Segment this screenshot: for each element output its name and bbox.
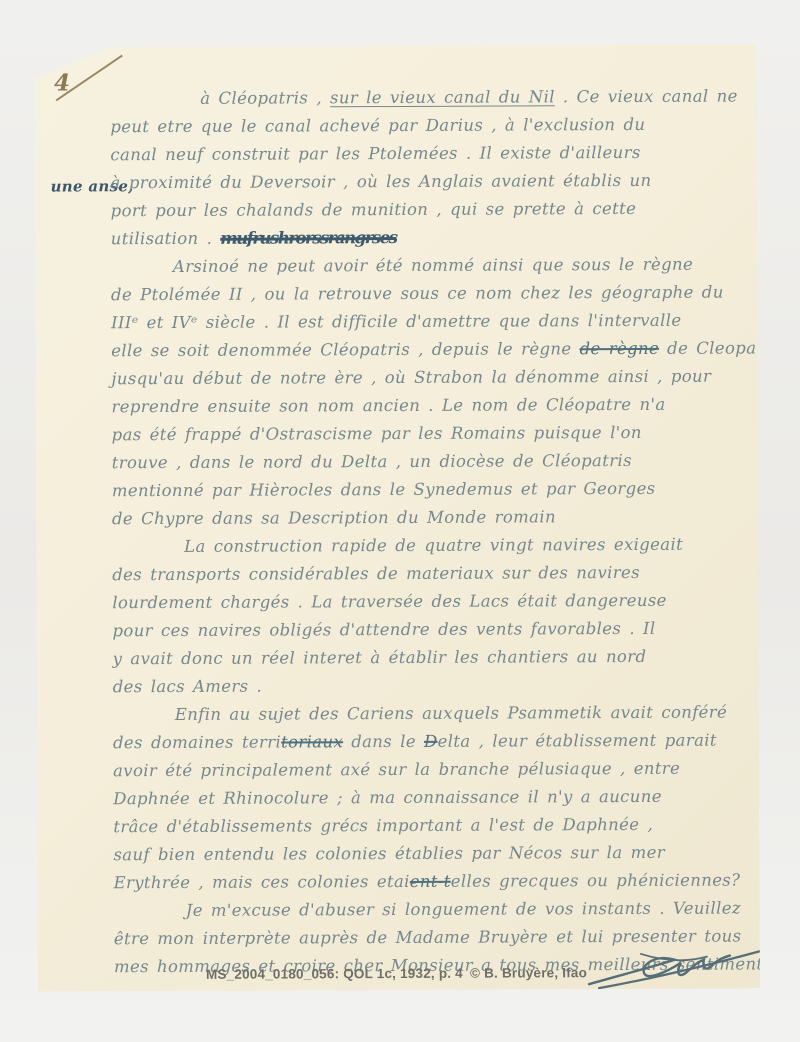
scribbled-out-word: mufrushrorssrangrses (220, 228, 396, 248)
text-segment: pas été frappé d'Ostrascisme par les Rom… (112, 423, 642, 444)
handwritten-line: y avait donc un réel interet à établir l… (113, 642, 745, 673)
text-segment: IIIᵉ et IVᵉ siècle . Il est difficile d'… (111, 311, 681, 332)
text-segment: Erythrée , mais ces colonies etai (114, 872, 410, 892)
text-segment: avoir été principalement axé sur la bran… (113, 759, 680, 780)
handwritten-line: Je m'excuse d'abuser si longuement de vo… (114, 894, 746, 925)
copyright-label: © B. Bruyère, Ifao (470, 965, 587, 981)
text-segment: de Cleopatre (659, 338, 782, 358)
text-segment: des lacs Amers . (113, 677, 262, 697)
handwritten-line: trâce d'établissements grécs important a… (113, 810, 745, 841)
handwritten-line: reprendre ensuite son nom ancien . Le no… (111, 390, 743, 421)
handwritten-line: La construction rapide de quatre vingt n… (112, 530, 744, 561)
handwritten-line: de Ptolémée II , ou la retrouve sous ce … (111, 278, 743, 309)
text-segment: Daphnée et Rhinocolure ; à ma connaissan… (113, 787, 662, 808)
handwritten-line: pour ces navires obligés d'attendre des … (112, 614, 744, 645)
handwritten-line: Enfin au sujet des Cariens auxquels Psam… (113, 698, 745, 729)
handwritten-line: trouve , dans le nord du Delta , un dioc… (112, 446, 744, 477)
handwritten-text-block: à Cléopatris , sur le vieux canal du Nil… (110, 82, 746, 981)
handwritten-line: pas été frappé d'Ostrascisme par les Rom… (112, 418, 744, 449)
handwritten-line: des domaines territoriaux dans le Delta … (113, 726, 745, 757)
text-segment: lourdement chargés . La traversée des La… (112, 591, 666, 612)
text-segment: de Ptolémée II , ou la retrouve sous ce … (111, 283, 724, 305)
handwritten-line: utilisation . mufrushrorssrangrses (111, 222, 743, 253)
handwritten-line: des transports considérables de materiau… (112, 558, 744, 589)
text-segment: pour ces navires obligés d'attendre des … (112, 619, 655, 640)
text-segment: Arsinoé ne peut avoir été nommé ainsi qu… (173, 255, 693, 276)
handwritten-line: Arsinoé ne peut avoir été nommé ainsi qu… (111, 250, 743, 281)
text-segment: trâce d'établissements grécs important a… (113, 815, 653, 836)
handwritten-line: des lacs Amers . (113, 670, 745, 701)
text-segment: dans le (343, 732, 424, 751)
text-segment: sauf bien entendu les colonies établies … (113, 843, 665, 864)
text-segment: canal neuf construit par les Ptolemées .… (110, 143, 640, 164)
handwritten-line: sauf bien entendu les colonies établies … (113, 838, 745, 869)
text-segment: de Chypre dans sa Description du Monde r… (112, 507, 556, 528)
text-segment: utilisation . (111, 229, 221, 248)
text-segment: . Ce vieux canal ne (555, 87, 738, 107)
archive-reference-label: MS_2004_0180_056: QOL 1c, 1932, p. 4 (206, 966, 463, 982)
text-segment: La construction rapide de quatre vingt n… (184, 535, 683, 556)
handwritten-line: à proximité du Deversoir , où les Anglai… (110, 166, 742, 197)
handwritten-line: elle se soit denommée Cléopatris , depui… (111, 334, 743, 365)
text-segment: des transports considérables de materiau… (112, 563, 640, 584)
letter-page: 4 une anse, à Cléopatris , sur le vieux … (34, 44, 760, 991)
text-segment: à proximité du Deversoir , où les Anglai… (110, 171, 651, 192)
text-segment: Enfin au sujet des Cariens auxquels Psam… (175, 703, 727, 724)
signature-scrawl (583, 937, 768, 998)
handwritten-line: Erythrée , mais ces colonies etaient-tel… (114, 866, 746, 897)
handwritten-line: IIIᵉ et IVᵉ siècle . Il est difficile d'… (111, 306, 743, 337)
text-segment: y avait donc un réel interet à établir l… (113, 647, 647, 668)
text-segment: mentionné par Hièrocles dans le Synedemu… (112, 479, 656, 500)
struck-text-segment: ent-t (410, 872, 451, 891)
struck-text-segment: de règne (580, 339, 660, 358)
handwritten-line: lourdement chargés . La traversée des La… (112, 586, 744, 617)
text-segment: elle se soit denommée Cléopatris , depui… (111, 339, 579, 360)
text-segment: elta , leur établissement parait (438, 731, 717, 751)
struck-text-segment: D (424, 732, 438, 751)
handwritten-line: Daphnée et Rhinocolure ; à ma connaissan… (113, 782, 745, 813)
text-segment: elles grecques ou phéniciennes? (451, 871, 741, 891)
handwritten-line: jusqu'au début de notre ère , où Strabon… (111, 362, 743, 393)
handwritten-line: peut etre que le canal achevé par Darius… (110, 110, 742, 141)
text-segment: port pour les chalands de munition , qui… (111, 199, 637, 220)
text-segment: reprendre ensuite son nom ancien . Le no… (111, 395, 665, 416)
handwritten-line: avoir été principalement axé sur la bran… (113, 754, 745, 785)
struck-text-segment: toriaux (281, 732, 343, 751)
handwritten-line: port pour les chalands de munition , qui… (111, 194, 743, 225)
text-segment: peut etre que le canal achevé par Darius… (110, 115, 645, 136)
handwritten-line: à Cléopatris , sur le vieux canal du Nil… (110, 82, 742, 113)
text-segment: des domaines terri (113, 733, 281, 753)
underlined-text-segment: sur le vieux canal du Nil (330, 87, 555, 107)
handwritten-line: mentionné par Hièrocles dans le Synedemu… (112, 474, 744, 505)
handwritten-line: de Chypre dans sa Description du Monde r… (112, 502, 744, 533)
text-segment: jusqu'au début de notre ère , où Strabon… (111, 367, 711, 389)
text-segment: trouve , dans le nord du Delta , un dioc… (112, 451, 632, 472)
text-segment: Je m'excuse d'abuser si longuement de vo… (186, 899, 741, 920)
handwritten-line: canal neuf construit par les Ptolemées .… (110, 138, 742, 169)
text-segment: à Cléopatris , (200, 88, 330, 108)
